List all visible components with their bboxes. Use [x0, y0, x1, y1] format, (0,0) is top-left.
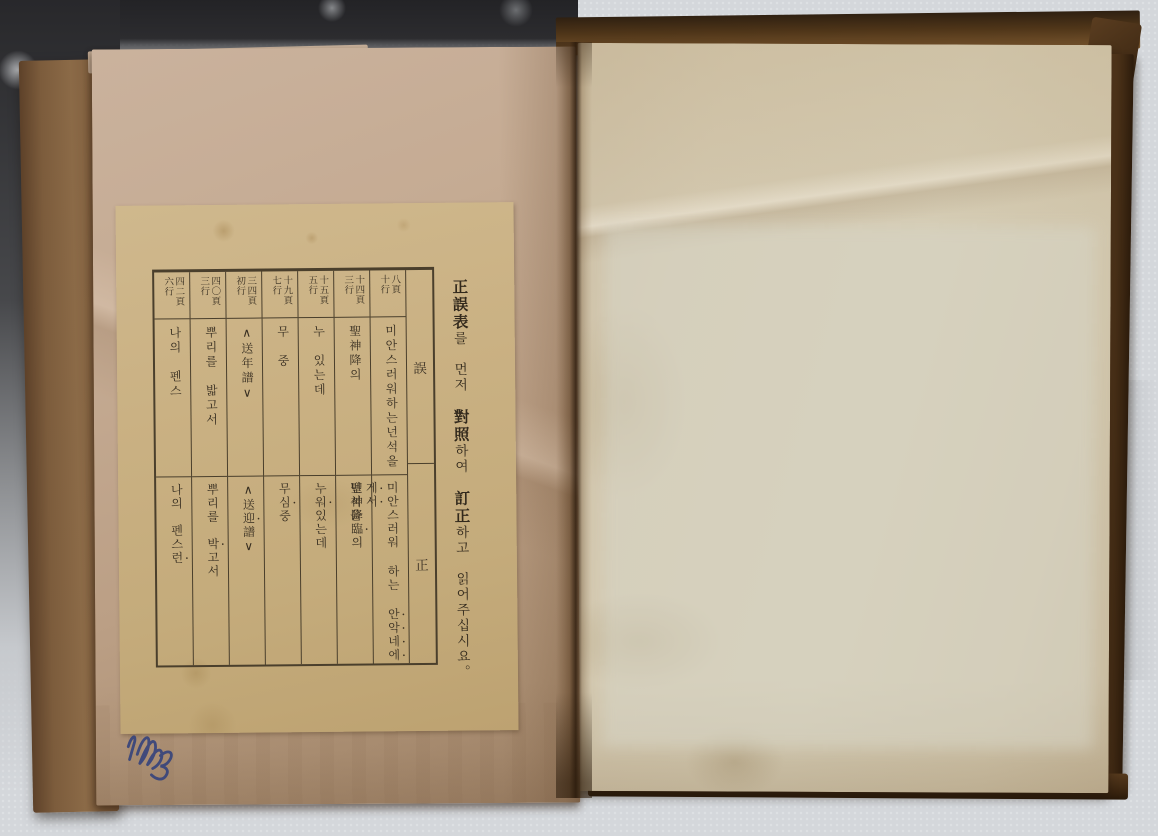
- correction-text: ∧送: [241, 483, 255, 512]
- errata-entry: 八頁 十行미안스러워하는넌석을미안스러워 하는 안악네에게서 넌석을: [369, 270, 409, 663]
- errata-entry-ref: 四〇頁 三行: [190, 272, 225, 319]
- errata-entry-ref: 十五頁 五行: [298, 271, 333, 318]
- errata-wrong-text: 누 있는데: [299, 318, 336, 476]
- errata-entry-ref: 八頁 十行: [370, 270, 405, 317]
- errata-entry-ref: 四二頁 六行: [154, 272, 189, 319]
- errata-entry-ref: 三四頁 初行: [226, 272, 261, 319]
- notice-hangul-text: 하고 읽어주십시요。: [454, 525, 470, 680]
- right-page-pastedown: [603, 225, 1095, 749]
- errata-slip: 正誤表를 먼저 對照하여 訂正하고 읽어주십시요。 誤 正 八頁 十行미안스러워…: [115, 202, 518, 734]
- errata-correct-text: ∧送迎譜∨: [228, 477, 265, 665]
- correction-emphasized-text: 런: [170, 551, 184, 565]
- errata-wrong-text: 나의 펜스: [155, 319, 192, 477]
- correction-emphasized-text: 심: [277, 496, 291, 510]
- errata-correct-text: 나의 펜스런: [156, 477, 193, 665]
- errata-correct-text: 누워있는데: [300, 476, 337, 664]
- correction-text: 나의 펜스: [169, 483, 184, 551]
- notice-hangul-text: 를 먼저: [452, 331, 468, 409]
- errata-entry: 四〇頁 三行뿌리를 밟고서뿌리를 박고서: [189, 272, 229, 665]
- correction-text: 고서: [206, 551, 220, 578]
- errata-wrong-text: 미안스러워하는넌석을: [371, 317, 408, 475]
- correction-text: 譜∨: [242, 525, 256, 554]
- errata-wrong-text: 무 중: [263, 318, 300, 476]
- correct-label-cell: 正: [408, 464, 436, 663]
- notice-hanja-text: 對照: [451, 409, 468, 444]
- ink-scribble: [118, 726, 208, 784]
- notice-hangul-text: 하여: [453, 444, 468, 491]
- correction-text: 의: [350, 536, 364, 550]
- errata-notice: 正誤表를 먼저 對照하여 訂正하고 읽어주십시요。: [443, 278, 477, 688]
- errata-correct-text: 뿌리를 박고서: [192, 477, 229, 665]
- errata-table: 誤 正 八頁 十行미안스러워하는넌석을미안스러워 하는 안악네에게서 넌석을十四…: [152, 267, 438, 668]
- correction-text: 누: [313, 482, 327, 496]
- correction-emphasized-text: 박: [206, 537, 220, 551]
- errata-wrong-text: 뿌리를 밟고서: [191, 319, 228, 477]
- notice-hanja-text: 訂正: [452, 490, 469, 525]
- correction-emphasized-text: 워: [313, 496, 327, 510]
- errata-wrong-text: ∧送年譜∨: [227, 319, 264, 477]
- errata-entry-ref: 十九頁 七行: [262, 271, 297, 318]
- errata-correct-text: 미안스러워 하는 안악네에게서 넌석을: [372, 475, 409, 663]
- errata-entry: 十九頁 七行무 중무심중: [261, 271, 301, 664]
- errata-correct-text: 무심중: [264, 476, 301, 664]
- errata-entry: 十五頁 五行누 있는데누워있는데: [297, 271, 337, 664]
- correction-text: 중: [277, 509, 291, 523]
- notice-hanja-text: 正誤表: [450, 279, 468, 332]
- errata-entry: 十四頁 三行聖神降의聖神降臨의: [333, 270, 373, 663]
- errata-entry: 三四頁 初行∧送年譜∨∧送迎譜∨: [225, 272, 265, 665]
- errata-entry: 四二頁 六行나의 펜스나의 펜스런: [154, 272, 193, 665]
- errata-entry-ref: 十四頁 三行: [334, 270, 369, 317]
- correction-text: 미안스러워 하는: [385, 481, 400, 608]
- correction-text: 있는데: [313, 509, 327, 550]
- error-label-cell: 誤: [406, 270, 434, 464]
- right-page: [574, 43, 1111, 793]
- book-gutter: [556, 42, 592, 798]
- errata-wrong-text: 聖神降의: [335, 317, 372, 475]
- correction-text: 뿌리를: [205, 483, 220, 538]
- photo-backdrop: 正誤表를 먼저 對照하여 訂正하고 읽어주십시요。 誤 正 八頁 十行미안스러워…: [0, 0, 1158, 836]
- errata-label-column: 誤 正: [405, 270, 436, 663]
- correction-emphasized-text: 迎: [241, 512, 255, 526]
- correction-emphasized-text: 臨: [350, 522, 364, 536]
- correction-text: 무: [277, 482, 291, 496]
